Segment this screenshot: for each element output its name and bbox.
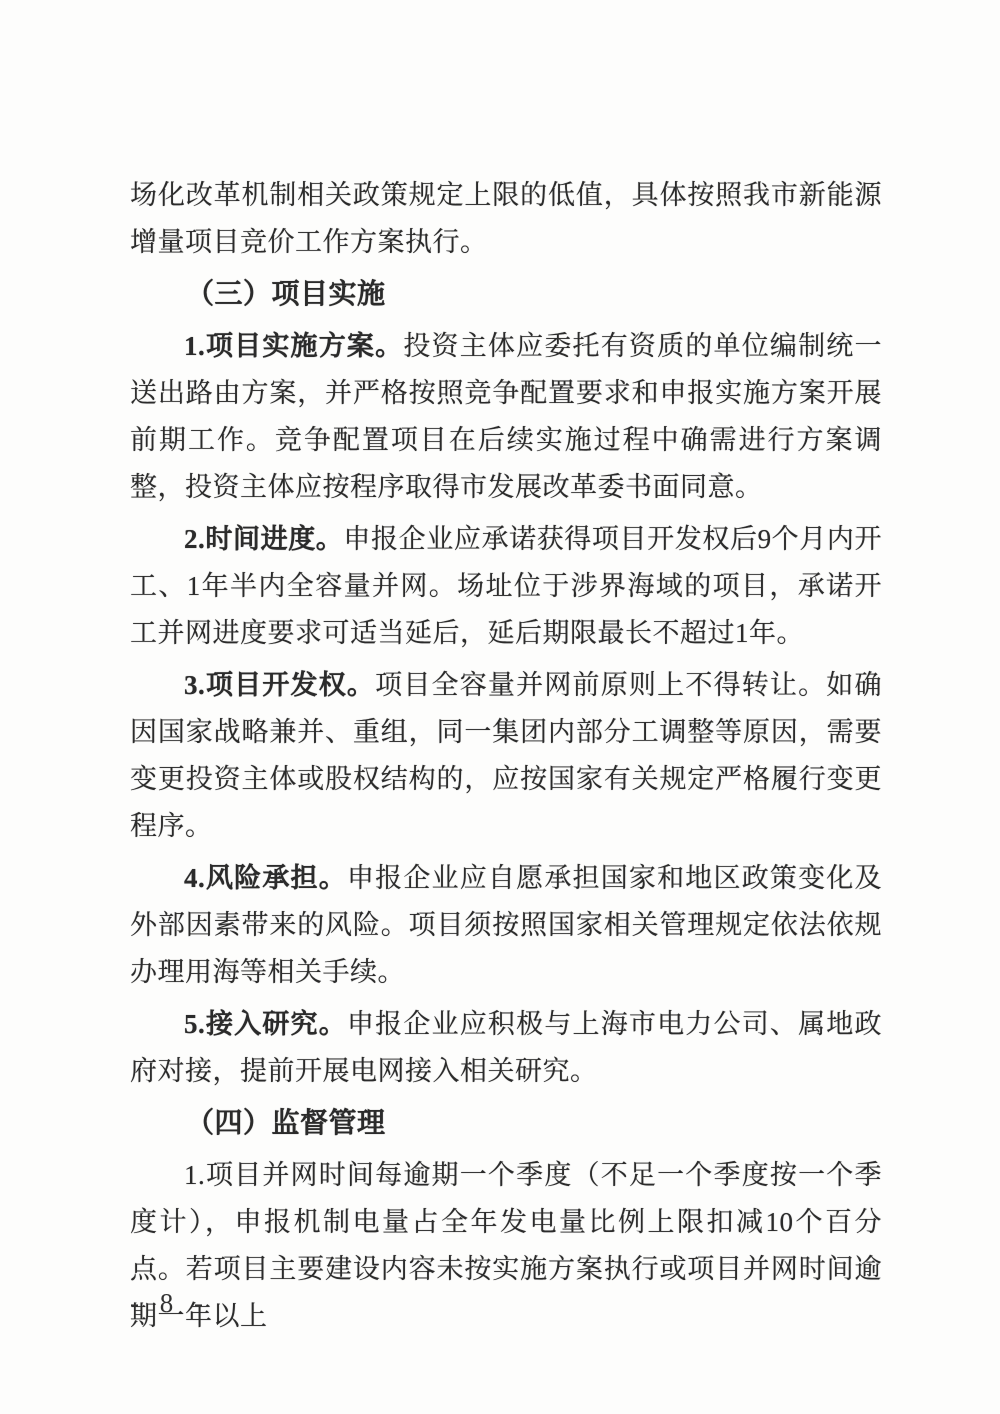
paragraph-item-2: 2.时间进度。申报企业应承诺获得项目开发权后9个月内开工、1年半内全容量并网。场… bbox=[130, 516, 882, 657]
paragraph-lead: 2.时间进度。 bbox=[184, 524, 343, 554]
page-number: - 8 - bbox=[130, 1288, 210, 1319]
paragraph-text: 场化改革机制相关政策规定上限的低值，具体按照我市新能源增量项目竞价工作方案执行。 bbox=[130, 180, 882, 257]
paragraph-lead: 1.项目实施方案。 bbox=[184, 331, 403, 361]
section-heading-4: （四）监督管理 bbox=[130, 1100, 882, 1147]
paragraph-supervision-1: 1.项目并网时间每逾期一个季度（不足一个季度按一个季度计），申报机制电量占全年发… bbox=[130, 1152, 882, 1340]
paragraph-lead: 4.风险承担。 bbox=[184, 863, 347, 893]
paragraph-item-3: 3.项目开发权。项目全容量并网前原则上不得转让。如确因国家战略兼并、重组，同一集… bbox=[130, 662, 882, 850]
paragraph-item-4: 4.风险承担。申报企业应自愿承担国家和地区政策变化及外部因素带来的风险。项目须按… bbox=[130, 855, 882, 996]
paragraph-item-5: 5.接入研究。申报企业应积极与上海市电力公司、属地政府对接，提前开展电网接入相关… bbox=[130, 1001, 882, 1095]
paragraph-item-1: 1.项目实施方案。投资主体应委托有资质的单位编制统一送出路由方案，并严格按照竞争… bbox=[130, 323, 882, 511]
document-body: 场化改革机制相关政策规定上限的低值，具体按照我市新能源增量项目竞价工作方案执行。… bbox=[130, 172, 882, 1340]
section-heading-3: （三）项目实施 bbox=[130, 271, 882, 318]
paragraph-lead: 3.项目开发权。 bbox=[184, 670, 375, 700]
section-heading-text: （三）项目实施 bbox=[186, 279, 386, 310]
paragraph-lead: 5.接入研究。 bbox=[184, 1009, 347, 1039]
document-page: 场化改革机制相关政策规定上限的低值，具体按照我市新能源增量项目竞价工作方案执行。… bbox=[0, 0, 1000, 1414]
paragraph-continuation: 场化改革机制相关政策规定上限的低值，具体按照我市新能源增量项目竞价工作方案执行。 bbox=[130, 172, 882, 266]
section-heading-text: （四）监督管理 bbox=[186, 1108, 386, 1139]
paragraph-text: 1.项目并网时间每逾期一个季度（不足一个季度按一个季度计），申报机制电量占全年发… bbox=[130, 1160, 882, 1331]
